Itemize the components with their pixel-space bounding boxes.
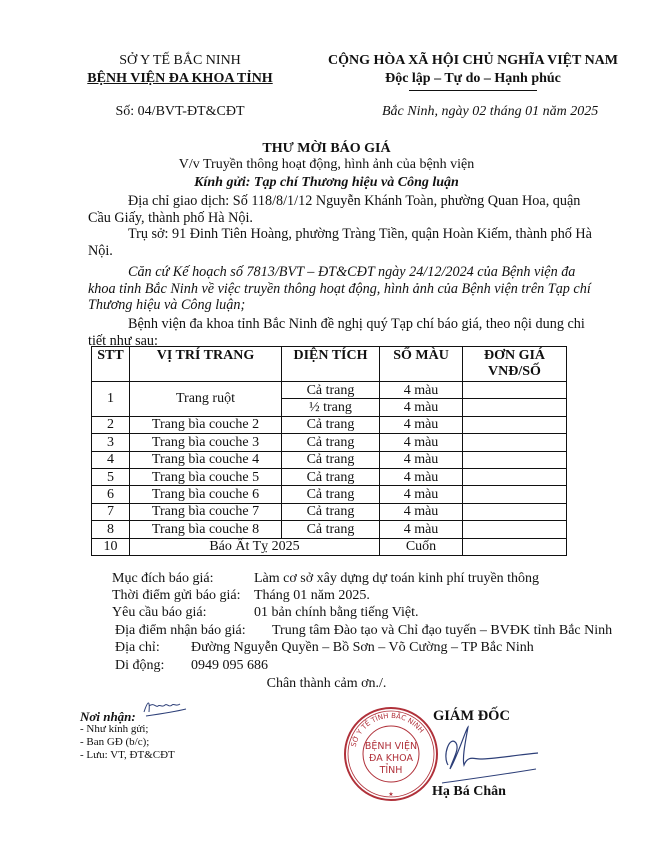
purpose-value: Làm cơ sở xây dựng dự toán kinh phí truy… [254, 570, 539, 588]
svg-text:TỈNH: TỈNH [379, 764, 403, 776]
cell-area: Cả trang [282, 451, 380, 468]
send-time-value: Tháng 01 năm 2025. [254, 587, 370, 605]
cell-stt: 10 [92, 538, 130, 555]
cell-stt: 6 [92, 486, 130, 503]
national-header-block: CỘNG HÒA XÃ HỘI CHỦ NGHĨA VIỆT NAM Độc l… [318, 52, 628, 91]
cell-area: Cả trang [282, 521, 380, 538]
cell-price [463, 503, 567, 520]
cell-colors: 4 màu [380, 468, 463, 485]
col-header-price: ĐƠN GIÁ VNĐ/SỐ [463, 347, 567, 382]
signer-title: GIÁM ĐỐC [433, 708, 510, 725]
organization-name: BỆNH VIỆN ĐA KHOA TỈNH [80, 70, 280, 88]
cell-price [463, 382, 567, 399]
cell-position: Báo Ất Tỵ 2025 [130, 538, 380, 555]
closing-thanks: Chân thành cảm ơn./. [0, 676, 653, 692]
cell-colors: 4 màu [380, 451, 463, 468]
cell-price [463, 434, 567, 451]
svg-text:ĐA KHOA: ĐA KHOA [369, 753, 413, 764]
table-header-row: STT VỊ TRÍ TRANG DIỆN TÍCH SỐ MÀU ĐƠN GI… [92, 347, 567, 382]
motto-underline [409, 90, 537, 91]
cell-position: Trang bìa couche 5 [130, 468, 282, 485]
cell-price [463, 486, 567, 503]
table-row: 4Trang bìa couche 4Cả trang4 màu [92, 451, 567, 468]
recipient-item: - Ban GĐ (b/c); [80, 736, 175, 749]
cell-colors: 4 màu [380, 399, 463, 416]
addressee: Kính gửi: Tạp chí Thương hiệu và Công lu… [0, 175, 653, 191]
cell-position: Trang bìa couche 4 [130, 451, 282, 468]
recipient-item: - Như kính gửi; [80, 723, 175, 736]
quotation-table: STT VỊ TRÍ TRANG DIỆN TÍCH SỐ MÀU ĐƠN GI… [91, 346, 567, 556]
official-stamp: SỞ Y TẾ TỈNH BẮC NINH BỆNH VIỆN ĐA KHOA … [342, 705, 440, 803]
address-value: Đường Nguyễn Quyền – Bồ Sơn – Võ Cường –… [191, 639, 534, 657]
issuing-agency-block: SỞ Y TẾ BẮC NINH BỆNH VIỆN ĐA KHOA TỈNH [80, 52, 280, 88]
cell-colors: 4 màu [380, 521, 463, 538]
legal-basis: Căn cứ Kế hoạch số 7813/BVT – ĐT&CĐT ngà… [88, 264, 600, 314]
document-number: Số: 04/BVT-ĐT&CĐT [80, 104, 280, 120]
cell-price [463, 468, 567, 485]
cell-position: Trang bìa couche 6 [130, 486, 282, 503]
quote-request-text: Bệnh viện đa khoa tỉnh Bắc Ninh đề nghị … [88, 316, 600, 349]
letter-subject: V/v Truyền thông hoạt động, hình ảnh của… [0, 157, 653, 173]
cell-area: Cả trang [282, 416, 380, 433]
letter-title: THƯ MỜI BÁO GIÁ [0, 141, 653, 157]
table-row: 2Trang bìa couche 2Cả trang4 màu [92, 416, 567, 433]
national-motto: Độc lập – Tự do – Hạnh phúc [318, 70, 628, 88]
cell-stt: 8 [92, 521, 130, 538]
cell-position: Trang bìa couche 2 [130, 416, 282, 433]
place-date: Bắc Ninh, ngày 02 tháng 01 năm 2025 [382, 104, 598, 120]
svg-text:BỆNH VIỆN: BỆNH VIỆN [365, 740, 417, 752]
cell-position: Trang bìa couche 3 [130, 434, 282, 451]
country-name: CỘNG HÒA XÃ HỘI CHỦ NGHĨA VIỆT NAM [318, 52, 628, 70]
cell-stt: 1 [92, 382, 130, 417]
cell-position: Trang ruột [130, 382, 282, 417]
cell-price [463, 416, 567, 433]
purpose-label: Mục đích báo giá: [112, 570, 213, 588]
cell-area: ½ trang [282, 399, 380, 416]
cell-colors: 4 màu [380, 382, 463, 399]
transaction-address: Địa chỉ giao dịch: Số 118/8/1/12 Nguyễn … [88, 193, 600, 226]
cell-position: Trang bìa couche 7 [130, 503, 282, 520]
cell-colors: 4 màu [380, 503, 463, 520]
cell-stt: 2 [92, 416, 130, 433]
cell-price [463, 451, 567, 468]
svg-text:★: ★ [388, 791, 393, 798]
cell-colors: 4 màu [380, 434, 463, 451]
requirement-label: Yêu cầu báo giá: [112, 604, 206, 622]
table-row: 6Trang bìa couche 6Cả trang4 màu [92, 486, 567, 503]
address-label: Địa chỉ: [115, 639, 160, 657]
phone-label: Di động: [115, 657, 164, 675]
cell-stt: 4 [92, 451, 130, 468]
table-row: 8Trang bìa couche 8Cả trang4 màu [92, 521, 567, 538]
col-header-area: DIỆN TÍCH [282, 347, 380, 382]
table-row: 1Trang ruộtCả trang4 màu [92, 382, 567, 399]
cell-colors: 4 màu [380, 486, 463, 503]
receive-location-label: Địa điểm nhận báo giá: [115, 622, 246, 640]
cell-area: Cả trang [282, 468, 380, 485]
table-row: 5Trang bìa couche 5Cả trang4 màu [92, 468, 567, 485]
initials-scribble [140, 698, 190, 720]
cell-stt: 5 [92, 468, 130, 485]
requirement-value: 01 bản chính bằng tiếng Việt. [254, 604, 419, 622]
agency-name: SỞ Y TẾ BẮC NINH [80, 52, 280, 70]
cell-colors: 4 màu [380, 416, 463, 433]
cell-area: Cả trang [282, 503, 380, 520]
cell-stt: 7 [92, 503, 130, 520]
col-header-position: VỊ TRÍ TRANG [130, 347, 282, 382]
cell-price [463, 521, 567, 538]
cell-price [463, 538, 567, 555]
receive-location-value: Trung tâm Đào tạo và Chỉ đạo tuyến – BVĐ… [272, 622, 612, 640]
signer-name: Hạ Bá Chân [432, 784, 506, 800]
col-header-stt: STT [92, 347, 130, 382]
cell-area: Cả trang [282, 486, 380, 503]
table-row: 3Trang bìa couche 3Cả trang4 màu [92, 434, 567, 451]
col-header-colors: SỐ MÀU [380, 347, 463, 382]
cell-stt: 3 [92, 434, 130, 451]
cell-position: Trang bìa couche 8 [130, 521, 282, 538]
table-row: 7Trang bìa couche 7Cả trang4 màu [92, 503, 567, 520]
cell-area: Cả trang [282, 382, 380, 399]
send-time-label: Thời điểm gửi báo giá: [112, 587, 241, 605]
recipient-item: - Lưu: VT, ĐT&CĐT [80, 749, 175, 762]
phone-value: 0949 095 686 [191, 657, 268, 675]
head-office-address: Trụ sở: 91 Đinh Tiên Hoàng, phường Tràng… [88, 226, 600, 259]
table-row: 10Báo Ất Tỵ 2025Cuốn [92, 538, 567, 555]
handwritten-signature [440, 725, 540, 785]
cell-colors: Cuốn [380, 538, 463, 555]
cell-area: Cả trang [282, 434, 380, 451]
cell-price [463, 399, 567, 416]
